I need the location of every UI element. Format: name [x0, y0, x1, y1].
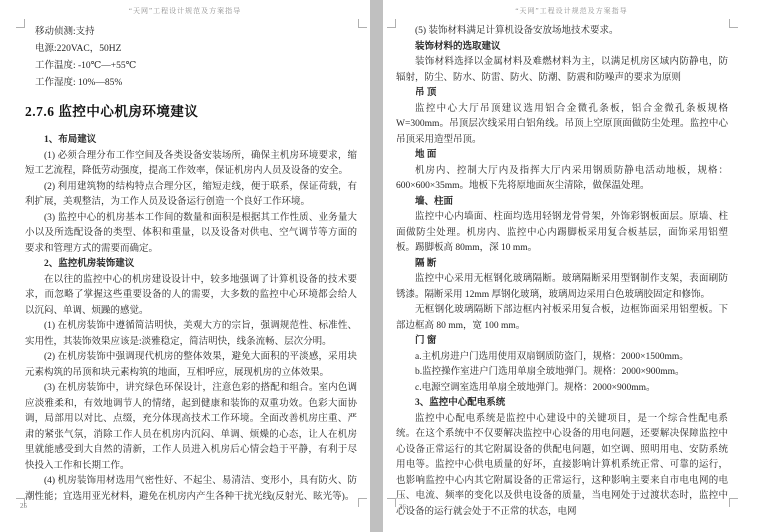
paragraph: (5) 装饰材料满足计算机设备安放场地技术要求。	[396, 24, 728, 40]
paragraph: 在以往的监控中心的机房建设设计中，较多地强调了计算机设备的技术要求，而忽略了掌握…	[25, 273, 357, 320]
chapter-heading: 2.7.6 监控中心机房环境建议	[25, 102, 357, 122]
page-number: 26	[399, 503, 406, 511]
spec-line: 工作湿度: 10%—85%	[35, 75, 357, 92]
paragraph: (4) 机房装饰用材选用气密性好、不起尘、易清洁、变形小，具有防火、防潮性能；宜…	[25, 474, 357, 505]
margin-crop-mark	[387, 498, 396, 507]
page-header-title: “天网”工程设计规范及方案指导	[383, 6, 760, 16]
section-heading: 门 窗	[396, 334, 728, 350]
paragraph: 监控中心采用无框钢化玻璃隔断。玻璃隔断采用型钢制作支架，表面刷防锈漆。隔断采用 …	[396, 272, 728, 303]
margin-crop-mark	[16, 19, 25, 28]
document-page-right: “天网”工程设计规范及方案指导 (5) 装饰材料满足计算机设备安放场地技术要求。…	[383, 0, 760, 532]
paragraph: 装饰材料选择以金属材料及难燃材料为主，以满足机房区域内防静电，防辐射，防尘、防水…	[396, 55, 728, 86]
margin-crop-mark	[387, 19, 396, 28]
page-header-title: “天网”工程设计规范及方案指导	[0, 6, 370, 16]
document-viewer: “天网”工程设计规范及方案指导 移动侦测:支持电源:220VAC，50HZ工作温…	[0, 0, 760, 532]
paragraph: 监控中心内墙面、柱面均选用轻钢龙骨骨架，外饰彩钢板面层。原墙、柱面做防尘处理。机…	[396, 210, 728, 257]
paragraph: (1) 必须合理分布工作空间及各类设备安装场所，确保主机房环境要求，缩短工艺流程…	[25, 149, 357, 180]
paragraph: (2) 利用建筑物的结构特点合理分区，缩短走线，便于联系，保证荷载，有利扩展，美…	[25, 180, 357, 211]
paragraph: (2) 在机房装饰中强调现代机房的整体效果，避免大面积的平淡感，采用块元素构筑的…	[25, 350, 357, 381]
section-heading: 地 面	[396, 148, 728, 164]
paragraph: 监控中心配电系统是监控中心建设中的关键项目，是一个综合性配电系统。在这个系统中不…	[396, 412, 728, 521]
paragraph: b.监控操作室进户门选用单扇全玻地弹门。规格：2000×900mm。	[396, 365, 728, 381]
margin-crop-mark	[358, 498, 367, 507]
section-heading: 1、布局建议	[25, 133, 357, 149]
section-heading: 墙、柱面	[396, 195, 728, 211]
spec-line: 移动侦测:支持	[35, 24, 357, 41]
paragraph: a.主机房进户门选用使用双扇钢质防盗门，规格：2000×1500mm。	[396, 350, 728, 366]
paragraph: 无框钢化玻璃隔断下部边框内衬板采用复合板，边框饰面采用铝塑板。下部边框高 80 …	[396, 303, 728, 334]
paragraph: (3) 监控中心的机房基本工作间的数量和面积是根据其工作性质、业务量大小以及所选…	[25, 211, 357, 258]
section-heading: 2、监控机房装饰建议	[25, 257, 357, 273]
document-page-left: “天网”工程设计规范及方案指导 移动侦测:支持电源:220VAC，50HZ工作温…	[0, 0, 370, 532]
spec-line: 工作温度: -10℃—+55℃	[35, 58, 357, 75]
margin-crop-mark	[729, 498, 738, 507]
page-content: 移动侦测:支持电源:220VAC，50HZ工作温度: -10℃—+55℃工作湿度…	[25, 24, 357, 505]
spec-line: 电源:220VAC，50HZ	[35, 41, 357, 58]
section-heading: 吊 顶	[396, 86, 728, 102]
margin-crop-mark	[729, 19, 738, 28]
paragraph: (3) 在机房装饰中，讲究绿色环保设计，注意色彩的搭配和组合。室内色调应淡雅柔和…	[25, 381, 357, 474]
page-content: (5) 装饰材料满足计算机设备安放场地技术要求。装饰材料的选取建议装饰材料选择以…	[396, 24, 728, 520]
section-heading: 隔 断	[396, 257, 728, 273]
section-heading: 3、监控中心配电系统	[396, 396, 728, 412]
paragraph: (1) 在机房装饰中遵循简洁明快，美观大方的宗旨，强调规范性、标准性、实用性，其…	[25, 319, 357, 350]
section-heading: 装饰材料的选取建议	[396, 40, 728, 56]
margin-crop-mark	[358, 19, 367, 28]
paragraph: c.电源空调室选用单扇全玻地弹门。规格：2000×900mm。	[396, 381, 728, 397]
page-number: 25	[20, 502, 27, 510]
paragraph: 机房内、控制大厅内及指挥大厅内采用钢质防静电活动地板，规格：600×600×35…	[396, 164, 728, 195]
page-gap-divider	[370, 0, 383, 532]
paragraph: 监控中心大厅吊顶建议选用铝合金微孔条板，铝合金微孔条板规格 W=300mm。吊顶…	[396, 102, 728, 149]
